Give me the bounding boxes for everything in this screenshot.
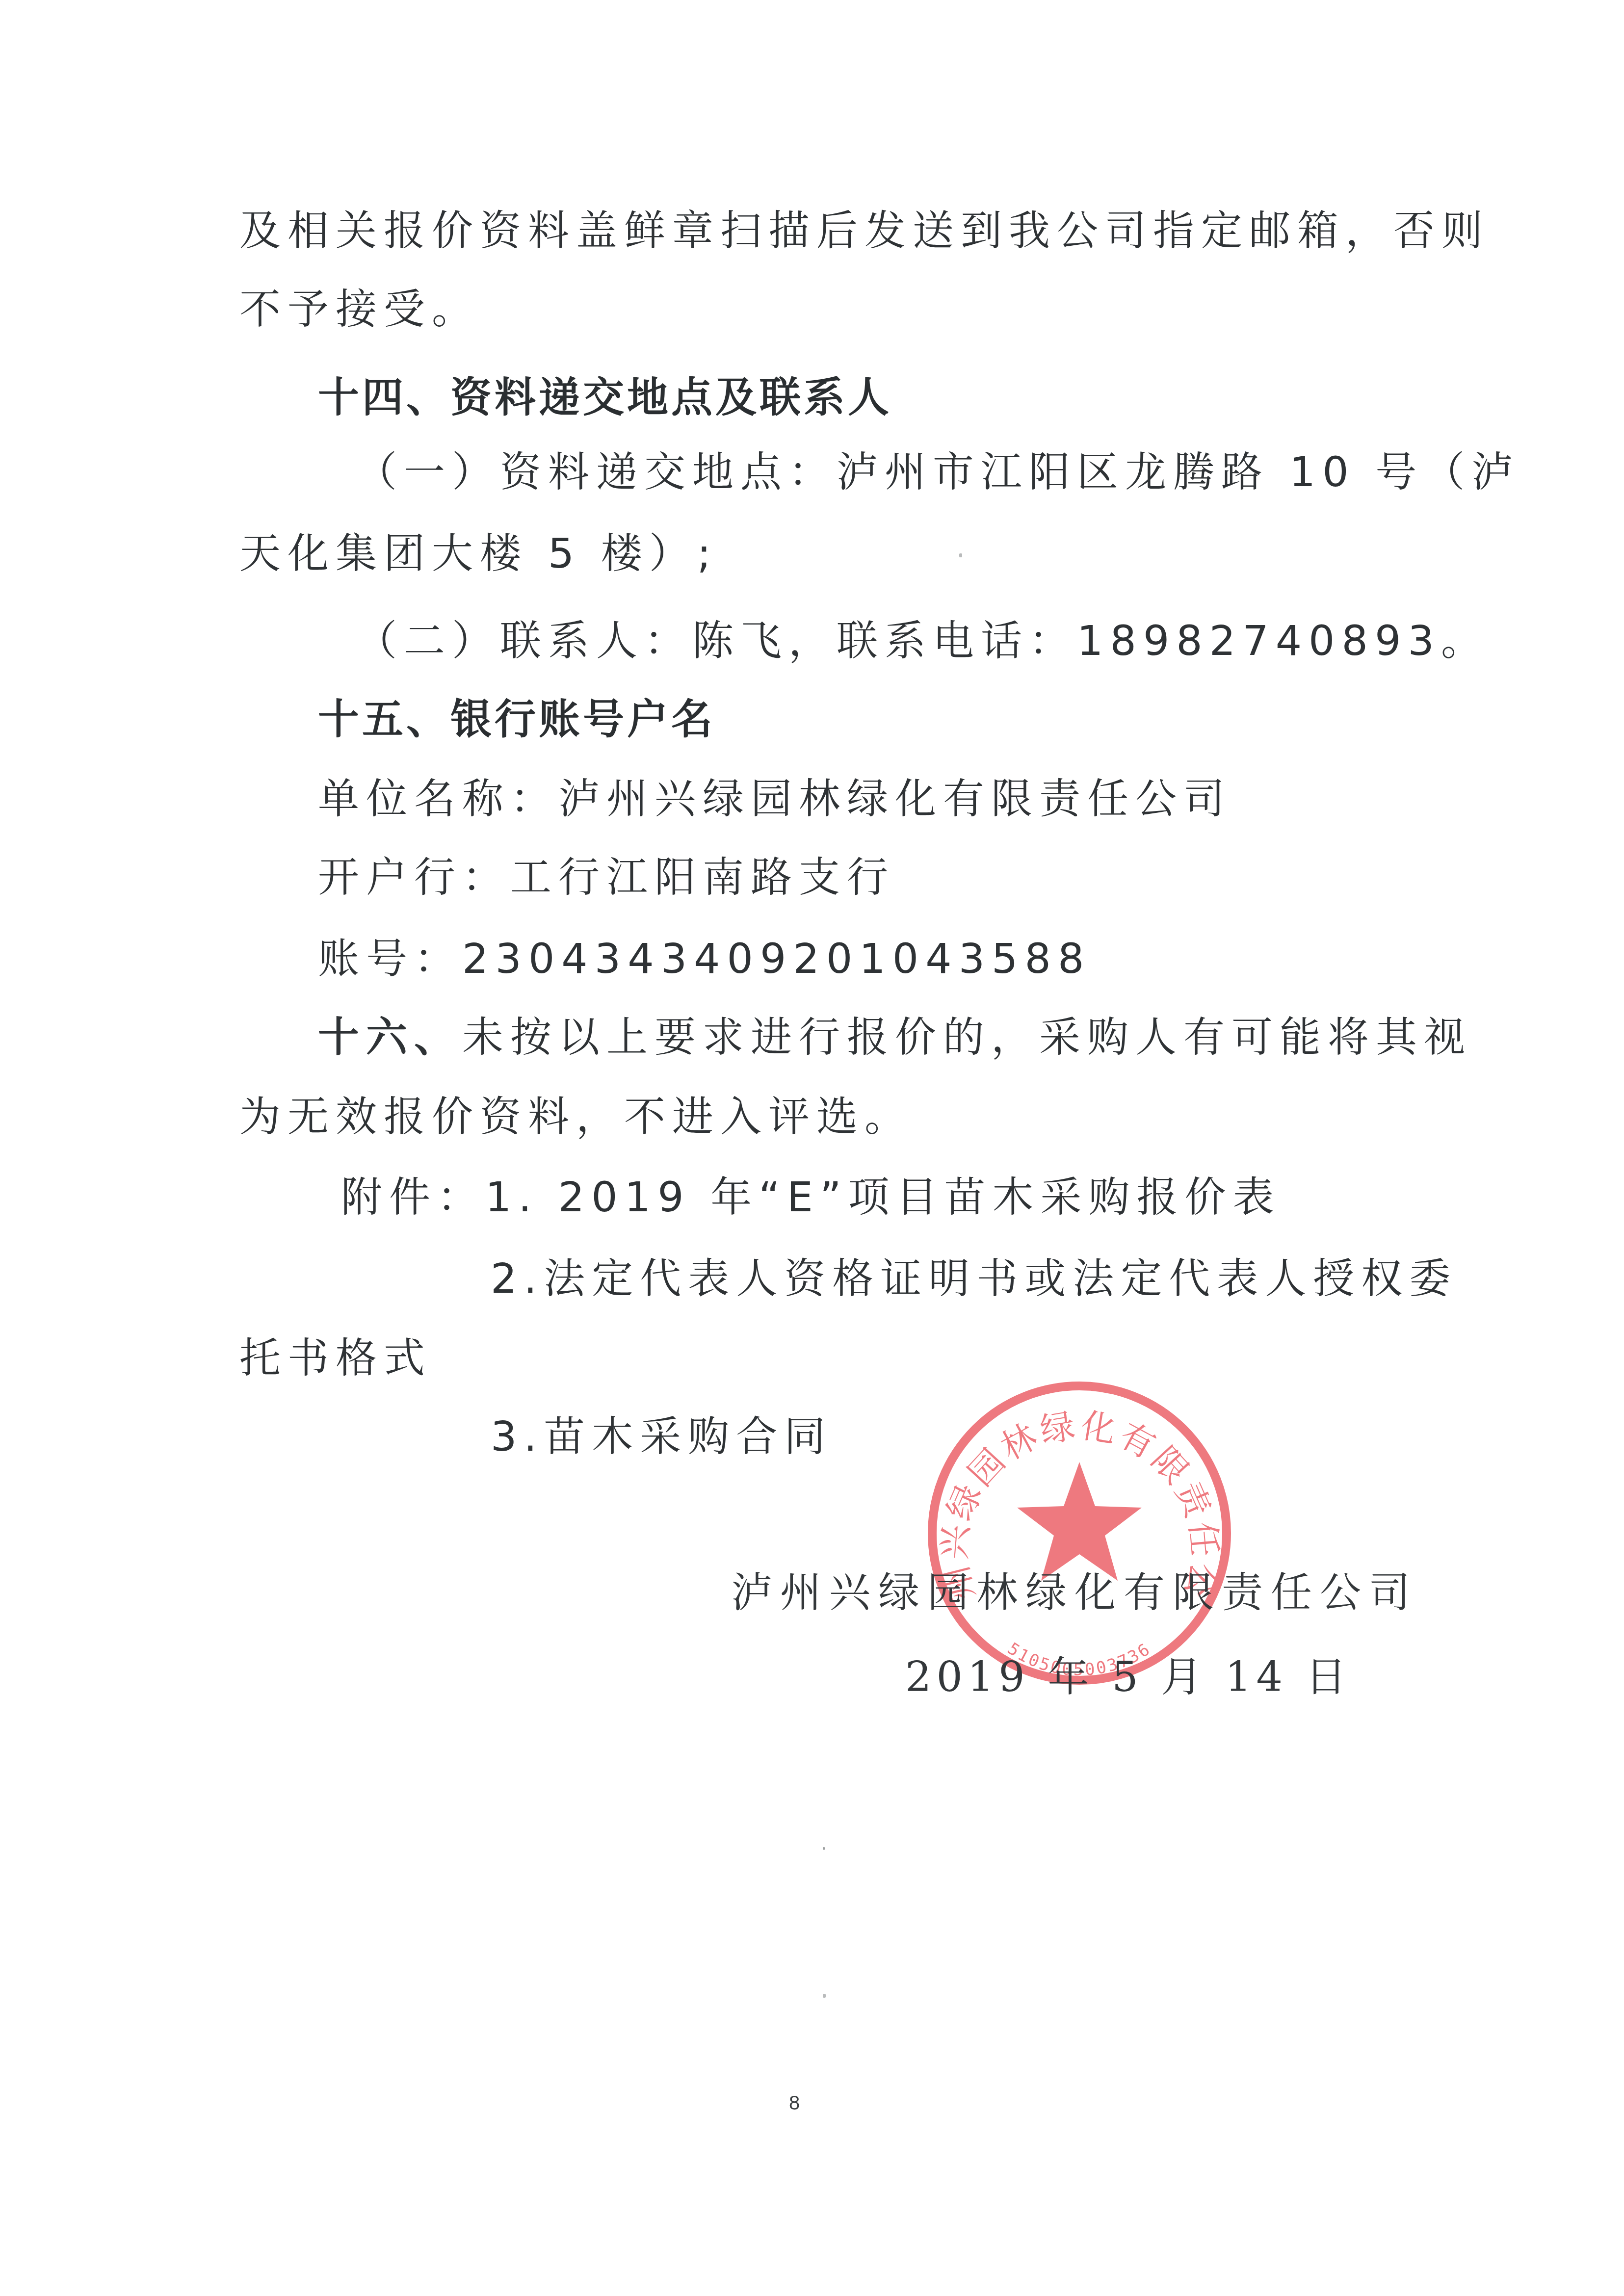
section-16-line: 十六、未按以上要求进行报价的，采购人有可能将其视: [318, 1013, 1472, 1062]
section-heading-16: 十六、: [318, 1013, 462, 1061]
bank-line: 开户行：工行江阳南路支行: [318, 853, 895, 902]
paragraph-line: 及相关报价资料盖鲜章扫描后发送到我公司指定邮箱，否则: [239, 206, 1490, 255]
account-line: 账号：2304343409201043588: [318, 934, 1091, 983]
delivery-address-line: （一）资料递交地点：泸州市江阳区龙腾路 10 号（泸: [356, 447, 1519, 496]
delivery-address-line: 天化集团大楼 5 楼）;: [239, 529, 718, 578]
scan-speck: [823, 1994, 826, 1998]
document-page: 泸州兴绿园林绿化有限责任公司 5105005003736 及相关报价资料盖鲜章扫…: [0, 0, 1624, 2296]
section-heading-15: 十五、银行账号户名: [318, 695, 715, 744]
section-heading-14: 十四、资料递交地点及联系人: [318, 373, 892, 422]
scan-speck: [959, 553, 962, 557]
contact-line: （二）联系人：陈飞，联系电话：18982740893。: [356, 616, 1489, 665]
attachment-item-3: 3.苗木采购合同: [491, 1412, 832, 1461]
signature-date: 2019 年 5 月 14 日: [905, 1652, 1352, 1701]
scan-speck: [823, 1847, 825, 1850]
unit-name-line: 单位名称：泸州兴绿园林绿化有限责任公司: [318, 774, 1231, 823]
attachment-item-2-cont: 托书格式: [239, 1333, 432, 1383]
signature-company: 泸州兴绿园林绿化有限责任公司: [731, 1568, 1418, 1617]
attachment-item-1: 附件：1. 2019 年“E”项目苗木采购报价表: [341, 1173, 1281, 1222]
page-number: 8: [789, 2091, 800, 2115]
section-16-line: 为无效报价资料，不进入评选。: [239, 1092, 913, 1141]
paragraph-line: 不予接受。: [239, 285, 480, 334]
attachment-item-2: 2.法定代表人资格证明书或法定代表人授权委: [491, 1254, 1457, 1303]
section-16-text: 未按以上要求进行报价的，采购人有可能将其视: [462, 1013, 1472, 1061]
